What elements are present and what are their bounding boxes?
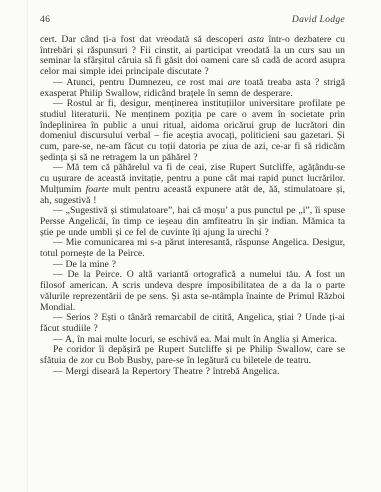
book-page: 46 David Lodge cert. Dar când ți-a fost … [0, 0, 381, 492]
italic-text-run: are [228, 77, 241, 88]
text-run: — Mie comunicarea mi s-a părut interesan… [40, 237, 345, 259]
paragraph: — Rostul ar fi, desigur, menținerea inst… [40, 99, 345, 163]
paragraph: — Mă tem că păhărelul va fi de ceai, zis… [40, 163, 345, 206]
text-run: — Serios ? Ești o tânără remarcabil de c… [40, 312, 345, 334]
paragraph: — Mie comunicarea mi s-a părut interesan… [40, 238, 345, 259]
page-header: 46 David Lodge [0, 0, 381, 25]
italic-text-run: asta [248, 34, 264, 45]
text-run: — Atunci, pentru Dumnezeu, ce rost mai [53, 77, 228, 88]
paragraph: — Serios ? Ești o tânără remarcabil de c… [40, 313, 345, 334]
text-run: — De la mine ? [53, 259, 116, 270]
page-number: 46 [40, 14, 50, 25]
paragraph: Pe coridor îi depășiră pe Rupert Sutclif… [40, 345, 345, 366]
text-run: — A, în mai multe locuri, se eschivă ea.… [53, 334, 337, 345]
text-run: — „Sugestivă și stimulatoare”, hai că mo… [40, 205, 345, 237]
text-run: — Rostul ar fi, desigur, menținerea inst… [40, 98, 345, 163]
text-run: cert. Dar când ți-a fost dat vreodată să… [40, 34, 248, 45]
paragraph: — Mergi diseară la Repertory Theatre ? î… [40, 367, 345, 378]
paragraph: — De la Peirce. O altă variantă ortograf… [40, 270, 345, 313]
text-run: — Mergi diseară la Repertory Theatre ? î… [53, 366, 279, 377]
text-run: Pe coridor îi depășiră pe Rupert Sutclif… [40, 344, 345, 366]
paragraph: cert. Dar când ți-a fost dat vreodată să… [40, 35, 345, 78]
italic-text-run: foarte [86, 184, 109, 195]
paragraph: — Atunci, pentru Dumnezeu, ce rost mai a… [40, 78, 345, 99]
paragraph: — „Sugestivă și stimulatoare”, hai că mo… [40, 206, 345, 238]
text-run: — De la Peirce. O altă variantă ortograf… [40, 269, 345, 312]
running-title: David Lodge [292, 14, 345, 25]
page-body: cert. Dar când ți-a fost dat vreodată să… [0, 25, 381, 378]
